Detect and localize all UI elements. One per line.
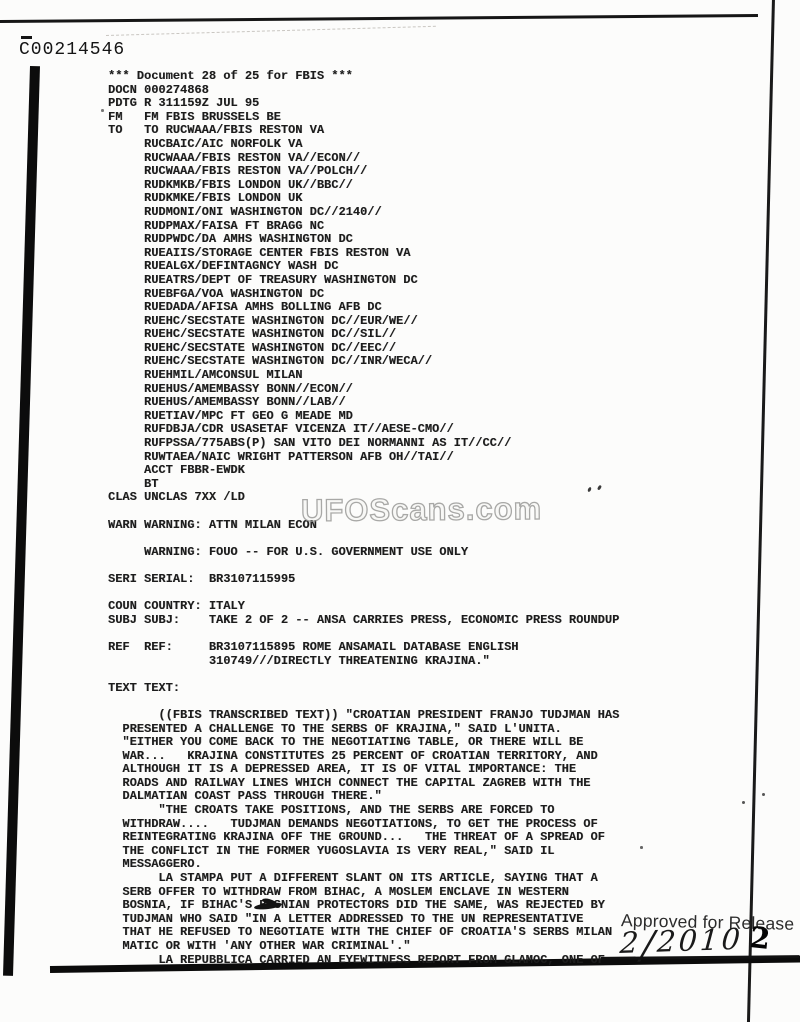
scan-faint-line bbox=[106, 26, 436, 36]
scan-edge-left-bar bbox=[3, 66, 40, 976]
scan-edge-top-line bbox=[0, 14, 758, 22]
scan-number-overline bbox=[21, 36, 32, 39]
handwritten-release-date: 2/2010 bbox=[619, 922, 744, 960]
scan-edge-right-line bbox=[747, 0, 775, 1022]
scan-speck bbox=[640, 846, 643, 849]
scan-speck bbox=[742, 801, 745, 804]
date-year: 2010 bbox=[656, 922, 744, 959]
ufoscans-watermark: UFOScans.com bbox=[301, 491, 542, 529]
handwritten-page-mark: 2 bbox=[748, 920, 772, 956]
scan-control-number: C00214546 bbox=[19, 40, 125, 60]
scan-speck bbox=[762, 793, 765, 796]
scan-speck bbox=[101, 109, 104, 112]
scanned-document-page: C00214546 *** Document 28 of 25 for FBIS… bbox=[0, 0, 800, 1022]
